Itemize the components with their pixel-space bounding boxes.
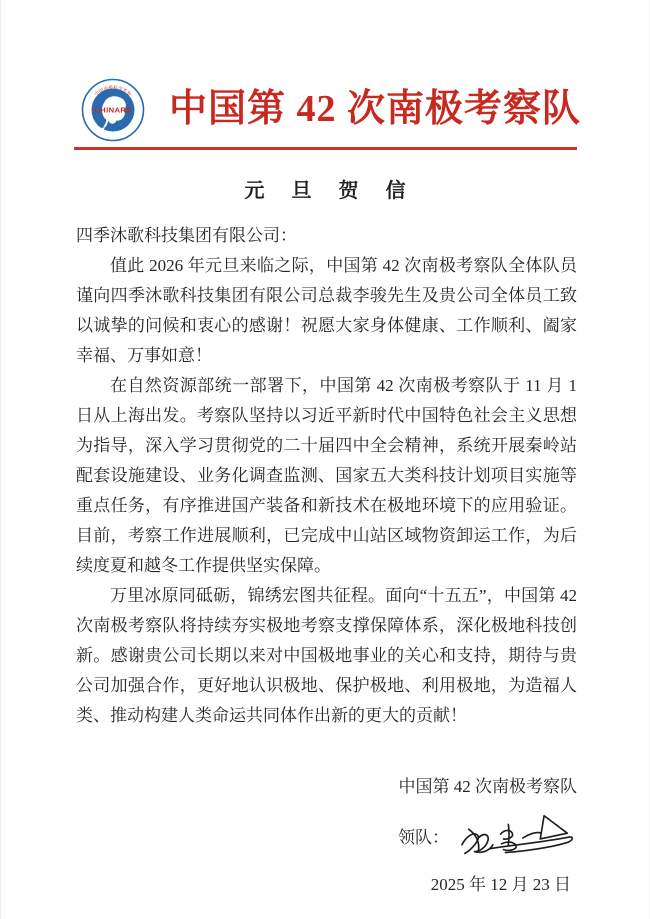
- letter-paragraph: 万里冰原同砥砺，锦绣宏图共征程。面向“十五五”，中国第 42 次南极考察队将持续…: [76, 581, 577, 731]
- letterhead-divider: [74, 147, 577, 150]
- letter-paragraph: 在自然资源部统一部署下，中国第 42 次南极考察队于 11 月 1 日从上海出发…: [76, 371, 577, 581]
- letter-body: 四季沐歌科技集团有限公司： 值此 2026 年元旦来临之际，中国第 42 次南极…: [1, 221, 649, 731]
- chinare-logo-icon: CHINARE 中国南极科学考察 NATIONAL ANTARCTIC RESE…: [81, 78, 145, 142]
- letter-paragraph: 值此 2026 年元旦来临之际，中国第 42 次南极考察队全体队员谨向四季沐歌科…: [76, 251, 577, 371]
- signature-block: 中国第 42 次南极考察队 领队：: [1, 775, 649, 897]
- salutation: 四季沐歌科技集团有限公司：: [76, 221, 577, 251]
- handwritten-signature-icon: [455, 809, 581, 867]
- letterhead: CHINARE 中国南极科学考察 NATIONAL ANTARCTIC RESE…: [1, 0, 649, 142]
- signature-date: 2025 年 12 月 23 日: [431, 873, 571, 897]
- letter-title: 元 旦 贺 信: [1, 174, 649, 203]
- signature-role-label: 领队：: [398, 826, 449, 850]
- logo-wordmark: CHINARE: [94, 106, 131, 115]
- signature-org: 中国第 42 次南极考察队: [399, 775, 578, 799]
- letterhead-title: 中国第 42 次南极考察队: [169, 89, 581, 131]
- signature-row: 领队：: [398, 809, 581, 867]
- letter-page: CHINARE 中国南极科学考察 NATIONAL ANTARCTIC RESE…: [0, 0, 650, 919]
